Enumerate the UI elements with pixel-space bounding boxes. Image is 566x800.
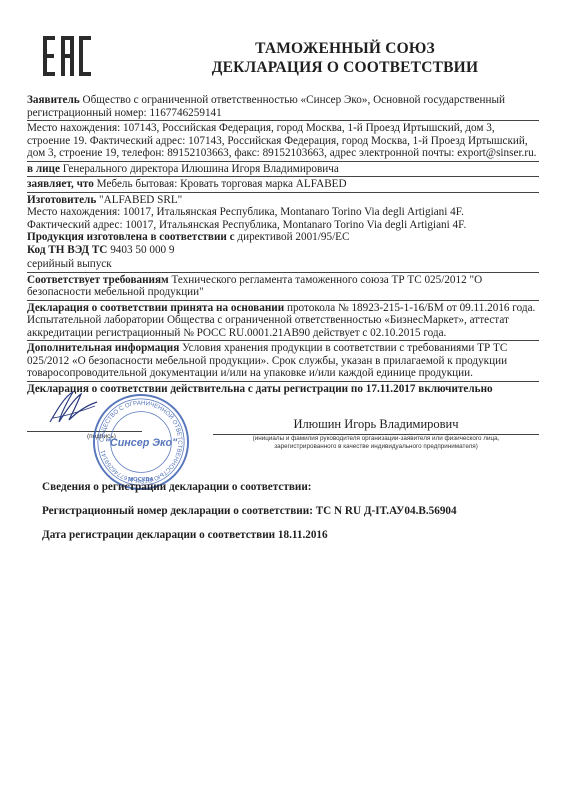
document-title: ТАМОЖЕННЫЙ СОЮЗ ДЕКЛАРАЦИЯ О СООТВЕТСТВИ… [150,39,540,77]
basis-row: Декларация о соответствии принята на осн… [27,301,539,342]
declaration-body: Заявитель Общество с ограниченной ответс… [27,93,539,396]
applicant-row: Заявитель Общество с ограниченной ответс… [27,93,539,121]
produced-text: директивой 2001/95/EC [237,231,349,243]
signatory-caption-line1: (инициалы и фамилия руководителя организ… [213,435,539,443]
declares-text: Мебель бытовая: Кровать торговая марка A… [97,178,347,190]
tn-ved-code: 9403 50 000 9 [110,244,174,256]
applicant-text: Общество с ограниченной ответственностью… [27,94,505,119]
declares-row: заявляет, что Мебель бытовая: Кровать то… [27,177,539,193]
title-customs-union: ТАМОЖЕННЫЙ СОЮЗ [150,39,540,58]
represented-by-label: в лице [27,163,60,175]
eac-letter-e [43,36,56,76]
applicant-label: Заявитель [27,94,80,106]
applicant-address: Место нахождения: 107143, Российская Фед… [27,122,536,159]
manufacturer-name: "ALFABED SRL" [99,194,182,206]
signatory-caption-line2: зарегистрированного в качестве индивидуа… [213,443,539,451]
produced-label: Продукция изготовлена в соответствии с [27,231,235,243]
release-row: серийный выпуск [27,257,539,273]
complies-row: Соответствует требованиям Технического р… [27,273,539,301]
applicant-address-row: Место нахождения: 107143, Российская Фед… [27,121,539,162]
registration-number: Регистрационный номер декларации о соотв… [42,505,542,517]
registration-info: Сведения о регистрации декларации о соот… [42,481,542,553]
eac-mark-icon [43,36,95,76]
manufacturer-actual-address: Фактический адрес: 10017, Итальянская Ре… [27,219,539,232]
represented-by-row: в лице Генерального директора Илюшина Иг… [27,162,539,178]
basis-label: Декларация о соответствии принята на осн… [27,302,284,314]
eac-letter-a [61,36,74,76]
manufacturer-location: Место нахождения: 10017, Итальянская Рес… [27,206,539,219]
signatory-caption: (инициалы и фамилия руководителя организ… [213,435,539,451]
registration-date: Дата регистрации декларации о соответств… [42,529,542,541]
company-seal-icon: ОБЩЕСТВО С ОГРАНИЧЕННОЙ ОТВЕТСТВЕННОСТЬЮ… [92,393,190,491]
represented-by-text: Генерального директора Илюшина Игоря Вла… [63,163,339,175]
additional-info-row: Дополнительная информация Условия хранен… [27,341,539,382]
manufacturer-label: Изготовитель [27,194,96,206]
seal-center-text: "Синсер Эко" [105,437,178,449]
additional-info-label: Дополнительная информация [27,342,179,354]
release-type: серийный выпуск [27,258,112,270]
tn-ved-label: Код ТН ВЭД ТС [27,244,107,256]
signatory-name: Илюшин Игорь Владимирович [213,417,539,435]
title-declaration: ДЕКЛАРАЦИЯ О СООТВЕТСТВИИ [150,58,540,77]
declares-label: заявляет, что [27,178,94,190]
registration-heading: Сведения о регистрации декларации о соот… [42,481,542,493]
manufacturer-row: Изготовитель "ALFABED SRL" Место нахожде… [27,193,539,258]
complies-label: Соответствует требованиям [27,274,169,286]
eac-letter-c [79,36,92,76]
